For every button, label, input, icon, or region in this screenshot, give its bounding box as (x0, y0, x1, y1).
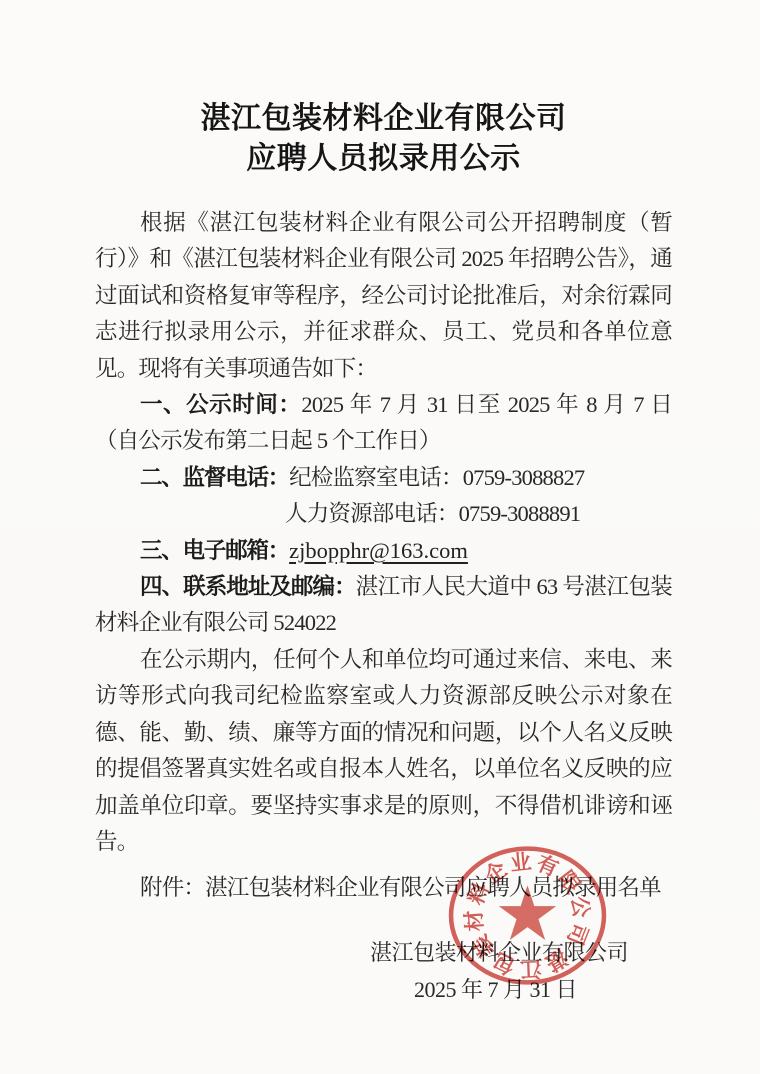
intro-paragraph: 根据《湛江包装材料企业有限公司公开招聘制度（暂行）》和《湛江包装材料企业有限公司… (95, 205, 672, 387)
item2-label: 二、监督电话： (140, 465, 289, 490)
attachment-text: 湛江包装材料企业有限公司应聘人员拟录用名单 (205, 875, 661, 900)
email-link[interactable]: zjbopphr@163.com (289, 538, 468, 563)
signature-company: 湛江包装材料企业有限公司 (95, 934, 672, 971)
intro-text: 根据《湛江包装材料企业有限公司公开招聘制度（暂行）》和《湛江包装材料企业有限公司… (95, 210, 672, 381)
item1-label: 一、公示时间： (140, 392, 301, 417)
item3-label: 三、电子邮箱： (140, 538, 289, 563)
document-body: 根据《湛江包装材料企业有限公司公开招聘制度（暂行）》和《湛江包装材料企业有限公司… (95, 205, 672, 1008)
attachment-label: 附件： (140, 875, 205, 900)
item2-discipline-phone: 纪检监察室电话：0759-3088827 (289, 465, 584, 490)
signature-block: 湛江包装材料企业有限公司 2025 年 7 月 31 日 (95, 934, 672, 1008)
item-publicity-period: 一、公示时间：2025 年 7 月 31 日至 2025 年 8 月 7 日（自… (95, 387, 672, 460)
feedback-paragraph: 在公示期内，任何个人和单位均可通过来信、来电、来访等形式向我司纪检监察室或人力资… (95, 642, 672, 860)
feedback-text: 在公示期内，任何个人和单位均可通过来信、来电、来访等形式向我司纪检监察室或人力资… (95, 647, 672, 854)
scanned-announcement-page: 湛江包装材料企业有限公司 应聘人员拟录用公示 根据《湛江包装材料企业有限公司公开… (0, 0, 760, 1074)
attachment-line: 附件：湛江包装材料企业有限公司应聘人员拟录用名单 (95, 870, 672, 906)
document-title: 湛江包装材料企业有限公司 应聘人员拟录用公示 (95, 99, 672, 179)
item2-hr-phone: 人力资源部电话：0759-3088891 (95, 496, 672, 532)
signature-date: 2025 年 7 月 31 日 (95, 971, 672, 1008)
title-line-subject: 应聘人员拟录用公示 (95, 139, 672, 179)
document-content: 湛江包装材料企业有限公司 应聘人员拟录用公示 根据《湛江包装材料企业有限公司公开… (95, 99, 672, 1008)
item4-label: 四、联系地址及邮编： (140, 574, 356, 599)
item-supervision-phones: 二、监督电话：纪检监察室电话：0759-3088827 人力资源部电话：0759… (95, 460, 672, 533)
item-address: 四、联系地址及邮编：湛江市人民大道中 63 号湛江包装材料企业有限公司 5240… (95, 569, 672, 642)
item-email: 三、电子邮箱：zjbopphr@163.com (95, 533, 672, 569)
title-line-company: 湛江包装材料企业有限公司 (95, 99, 672, 139)
